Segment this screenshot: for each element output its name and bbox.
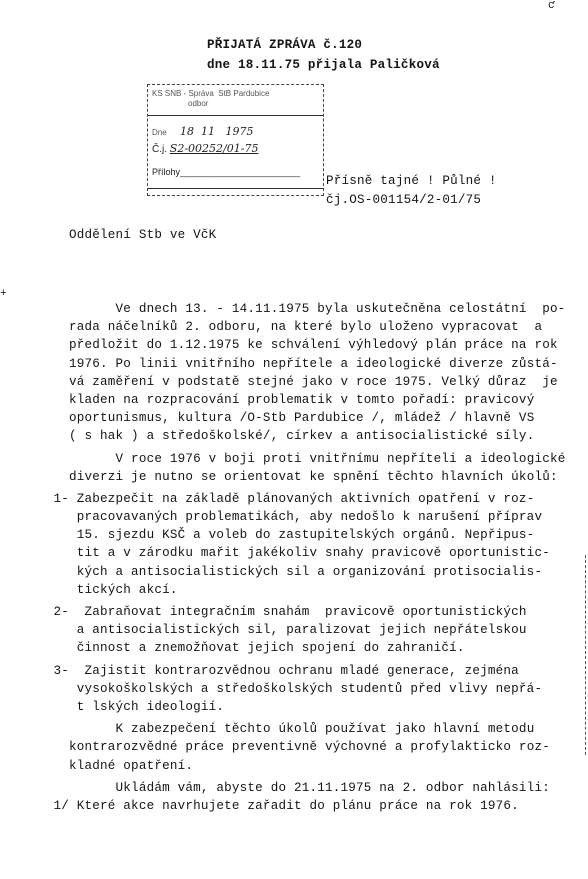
line-text: kontrarozvědné práce preventivně výchovn… xyxy=(69,740,550,754)
received-date-line: dne 18.11.75 přijala Paličková xyxy=(207,58,440,72)
line-text: t lských ideologií. xyxy=(77,700,224,714)
addressee: Oddělení Stb ve VčK xyxy=(69,228,216,242)
stamp-date-row: Dne 18 11 1975 xyxy=(152,125,319,138)
stamp-date-value: 18 11 1975 xyxy=(180,125,253,138)
line-text: činnost a znemožňovat jejich spojení do … xyxy=(77,641,465,655)
stamp-date-label: Dne xyxy=(152,128,167,137)
text-line: tit a v zárodku mařit jakékoliv snahy pr… xyxy=(69,546,579,564)
corner-mark: ƈ xyxy=(548,0,555,12)
stamp-attachments-label: Přílohy xyxy=(152,167,180,177)
line-text: vá zaměření v podstatě stejné jako v roc… xyxy=(69,375,558,389)
margin-rule xyxy=(585,555,586,755)
text-line: tických akcí. xyxy=(69,583,579,601)
line-text: K zabezpečení těchto úkolů používat jako… xyxy=(116,722,535,736)
line-text: vysokoškolských a středoškolských studen… xyxy=(77,682,542,696)
text-line: vysokoškolských a středoškolských studen… xyxy=(69,682,579,700)
line-text: 1- Zabezpečit na základě plánovaných akt… xyxy=(53,492,534,506)
line-text: Ukládám vám, abyste do 21.11.1975 na 2. … xyxy=(116,781,550,795)
stamp-ref-label: Č.j. xyxy=(152,144,167,155)
text-line: 15. sjezdu KSČ a voleb do zastupitelskýc… xyxy=(69,528,579,546)
document-page: ƈ + PŘIJATÁ ZPRÁVA č.120 dne 18.11.75 př… xyxy=(0,0,588,879)
text-line: 2- Zabraňovat integračním snahám pravico… xyxy=(69,605,579,623)
text-line: 3- Zajistit kontrarozvědnou ochranu mlad… xyxy=(69,664,579,682)
stamp-divider xyxy=(148,115,323,116)
reference-number: čj.OS-001154/2-01/75 xyxy=(326,193,481,207)
line-text: tit a v zárodku mařit jakékoliv snahy pr… xyxy=(77,546,550,560)
text-line: předložit do 1.12.1975 ke schválení výhl… xyxy=(69,338,579,356)
registry-stamp: KS SNB - Správa StB Pardubice odbor Dne … xyxy=(147,84,324,196)
stamp-attachments-row: Přílohy________________________ xyxy=(152,167,319,177)
line-text: diverzi je nutno se orientovat ke spnění… xyxy=(69,470,558,484)
text-line: činnost a znemožňovat jejich spojení do … xyxy=(69,641,579,659)
line-text: kých a antisocialistických sil a organiz… xyxy=(77,565,542,579)
text-line: pracovavaných problematikách, aby nedošl… xyxy=(69,510,579,528)
text-line: Ve dnech 13. - 14.11.1975 byla uskutečně… xyxy=(69,302,579,320)
stamp-ref-row: Č.j. S2-00252/01-75 xyxy=(152,142,319,155)
text-line: diverzi je nutno se orientovat ke spnění… xyxy=(69,470,579,488)
text-line: kých a antisocialistických sil a organiz… xyxy=(69,565,579,583)
text-line: Ukládám vám, abyste do 21.11.1975 na 2. … xyxy=(69,781,579,799)
line-text: pracovavaných problematikách, aby nedošl… xyxy=(77,510,542,524)
line-text: 1976. Po linii vnitřního nepřítele a ide… xyxy=(69,357,558,371)
line-text: V roce 1976 v boji proti vnitřnímu nepří… xyxy=(116,452,566,466)
text-line: kladen na rozpracování problematik v tom… xyxy=(69,393,579,411)
text-line: rada náčelníků 2. odboru, na které bylo … xyxy=(69,320,579,338)
line-text: kladné opatření. xyxy=(69,759,193,773)
line-text: 1/ Které akce navrhujete zařadit do plán… xyxy=(53,799,518,813)
text-line: vá zaměření v podstatě stejné jako v roc… xyxy=(69,375,579,393)
text-line: t lských ideologií. xyxy=(69,700,579,718)
line-text: a antisocialistických sil, paralizovat j… xyxy=(77,623,527,637)
classification-label: Přísně tajné ! Půlné ! xyxy=(326,174,497,188)
text-line: a antisocialistických sil, paralizovat j… xyxy=(69,623,579,641)
text-line: K zabezpečení těchto úkolů používat jako… xyxy=(69,722,579,740)
stamp-ref-value: S2-00252/01-75 xyxy=(170,142,259,155)
text-line: V roce 1976 v boji proti vnitřnímu nepří… xyxy=(69,452,579,470)
document-body: Ve dnech 13. - 14.11.1975 byla uskutečně… xyxy=(69,302,579,817)
line-text: rada náčelníků 2. odboru, na které bylo … xyxy=(69,320,542,334)
stamp-org-sub: odbor xyxy=(188,99,319,108)
margin-mark: + xyxy=(0,288,7,300)
text-line: 1/ Které akce navrhujete zařadit do plán… xyxy=(69,799,579,817)
text-line: ( s hak ) a středoškolské/, církev a ant… xyxy=(69,429,579,447)
line-text: předložit do 1.12.1975 ke schválení výhl… xyxy=(69,338,558,352)
stamp-divider-bottom xyxy=(148,188,323,189)
received-report-title: PŘIJATÁ ZPRÁVA č.120 xyxy=(207,38,362,52)
line-text: 15. sjezdu KSČ a voleb do zastupitelskýc… xyxy=(77,528,535,542)
line-text: oportunismus, kultura /O-Stb Pardubice /… xyxy=(69,411,534,425)
line-text: kladen na rozpracování problematik v tom… xyxy=(69,393,534,407)
text-line: 1976. Po linii vnitřního nepřítele a ide… xyxy=(69,357,579,375)
stamp-org: KS SNB - Správa StB Pardubice xyxy=(152,89,319,98)
line-text: Ve dnech 13. - 14.11.1975 byla uskutečně… xyxy=(116,302,566,316)
line-text: tických akcí. xyxy=(77,583,178,597)
text-line: kladné opatření. xyxy=(69,759,579,777)
text-line: kontrarozvědné práce preventivně výchovn… xyxy=(69,740,579,758)
text-line: oportunismus, kultura /O-Stb Pardubice /… xyxy=(69,411,579,429)
line-text: 2- Zabraňovat integračním snahám pravico… xyxy=(53,605,526,619)
line-text: ( s hak ) a středoškolské/, církev a ant… xyxy=(69,429,534,443)
line-text: 3- Zajistit kontrarozvědnou ochranu mlad… xyxy=(53,664,518,678)
text-line: 1- Zabezpečit na základě plánovaných akt… xyxy=(69,492,579,510)
